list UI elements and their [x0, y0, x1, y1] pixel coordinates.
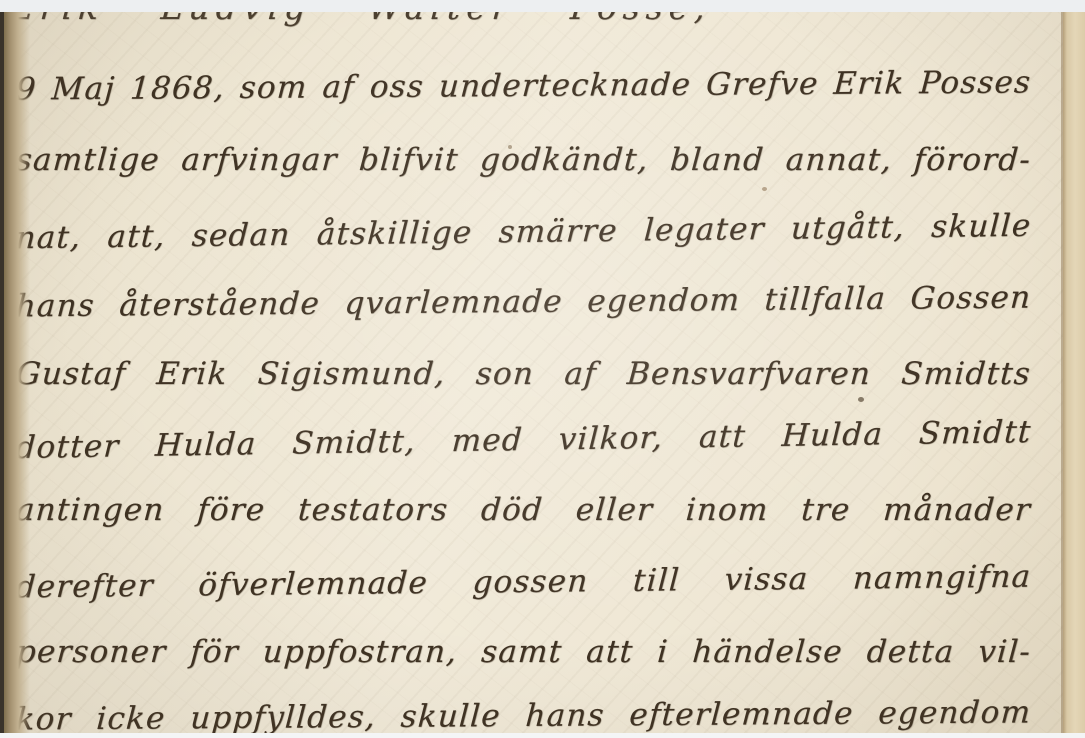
manuscript-line-2: 9 Maj 1868, som af oss undertecknade Gre… — [14, 60, 1032, 111]
viewer-top-bar — [0, 0, 1085, 12]
manuscript-line-10: personer för uppfostran, samt att i händ… — [14, 630, 1032, 674]
manuscript-line-11: kor icke uppfylldes, skulle hans efterle… — [14, 690, 1032, 733]
book-spine-edge — [0, 12, 30, 733]
viewer-bottom-bar — [0, 733, 1085, 738]
page-right-edge — [1063, 12, 1085, 733]
manuscript-line-1: Erik Ludvig Walter Posse, — [8, 12, 712, 30]
ink-speck — [508, 145, 512, 149]
manuscript-line-3: samtlige arfvingar blifvit godkändt, bla… — [14, 138, 1032, 182]
manuscript-line-8: antingen före testators död eller inom t… — [14, 488, 1032, 532]
manuscript-line-7: dotter Hulda Smidtt, med vilkor, att Hul… — [14, 410, 1032, 470]
manuscript-line-9: derefter öfverlemnade gossen till vissa … — [14, 555, 1032, 610]
ink-speck — [858, 397, 864, 402]
manuscript-page: Erik Ludvig Walter Posse, 9 Maj 1868, so… — [0, 12, 1085, 733]
manuscript-line-4: nat, att, sedan åtskillige smärre legate… — [14, 204, 1032, 260]
manuscript-line-6: Gustaf Erik Sigismund, son af Bensvarfva… — [14, 352, 1032, 396]
ink-speck — [762, 187, 767, 191]
archive-scan-screenshot: Erik Ludvig Walter Posse, 9 Maj 1868, so… — [0, 0, 1085, 738]
book-spine-shadow-line — [0, 12, 4, 733]
manuscript-line-5: hans återstående qvarlemnade egendom til… — [14, 276, 1032, 329]
